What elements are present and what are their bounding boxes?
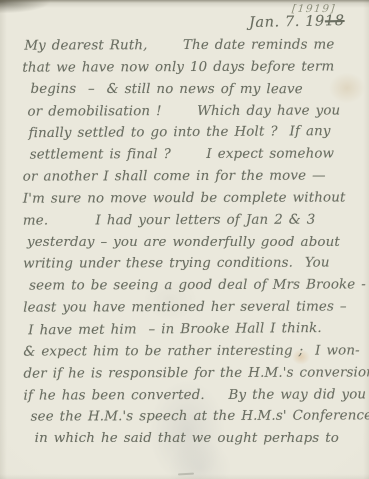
letter-line: settlement is final ? I expect somehow	[23, 147, 365, 170]
letter-line: finally settled to go into the Holt ? If…	[23, 124, 365, 148]
letter-body: My dearest Ruth, The date reminds me tha…	[22, 37, 365, 453]
letter-line: in which he said that we ought perhaps t…	[24, 431, 366, 453]
letter-line: I have met him – in Brooke Hall I think.	[23, 321, 365, 346]
date-text: Jan. 7. 19	[249, 13, 325, 31]
letter-line: der if he is responsible for the H.M.'s …	[23, 365, 365, 388]
letter-line: if he has been converted. By the way did…	[23, 387, 365, 410]
letter-line: or another I shall come in for the move …	[23, 168, 365, 191]
date-line: Jan. 7. 1918	[249, 13, 345, 31]
letter-line: least you have mentioned her several tim…	[23, 300, 365, 323]
letter-line: or demobilisation ! Which day have you	[23, 103, 365, 126]
letter-line: begins – & still no news of my leave	[22, 82, 364, 104]
letter-line: & expect him to be rather interesting ; …	[23, 343, 365, 366]
letter-line: see the H.M.'s speech at the H.M.s' Conf…	[24, 409, 366, 432]
date-struck-digits: 18	[325, 13, 345, 29]
letter-line: I'm sure no move would be complete witho…	[23, 190, 365, 213]
letter-page: [1919] Jan. 7. 1918 My dearest Ruth, The…	[0, 0, 369, 479]
letter-line: yesterday – you are wonderfully good abo…	[23, 235, 365, 257]
letter-line: that we have now only 10 days before ter…	[22, 59, 364, 82]
letter-line: seem to be seeing a good deal of Mrs Bro…	[23, 278, 365, 301]
letter-line: My dearest Ruth, The date reminds me	[22, 37, 364, 60]
bleed-through-pencil-mark	[178, 473, 194, 476]
letter-line: me. I had your letters of Jan 2 & 3	[23, 212, 365, 235]
letter-line: writing under these trying conditions. Y…	[23, 256, 365, 279]
